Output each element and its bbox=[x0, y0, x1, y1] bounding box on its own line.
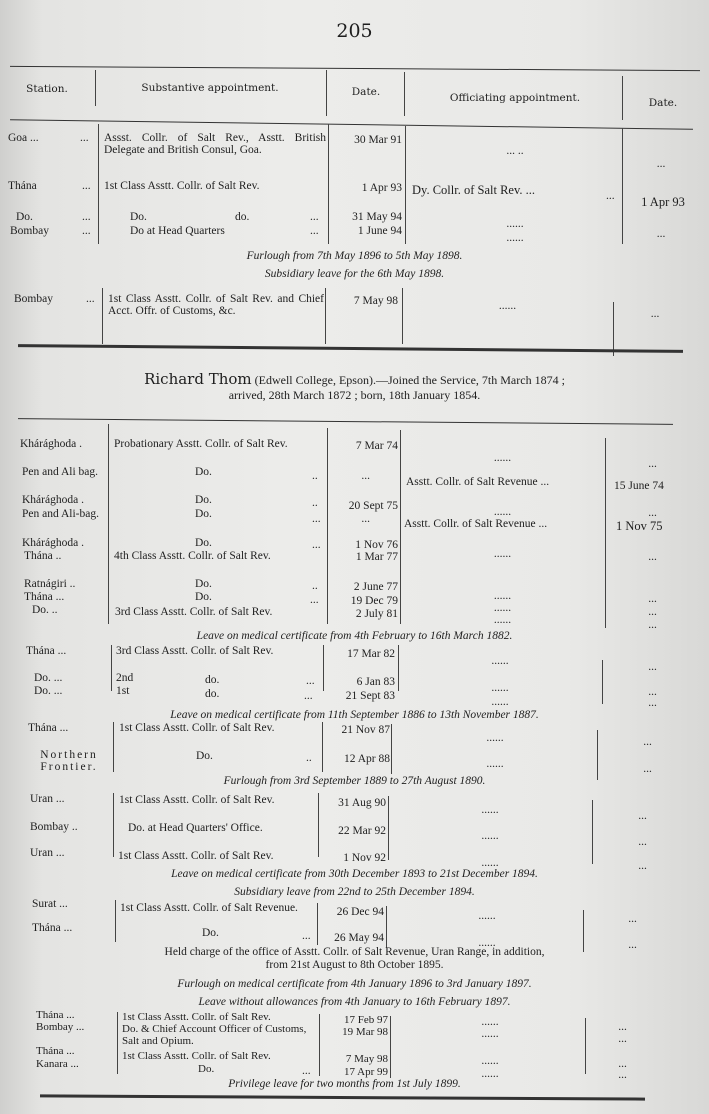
appointment-dots: .. bbox=[306, 752, 312, 764]
date-cell: 1 Apr 93 bbox=[330, 182, 402, 194]
date-cell: 26 Dec 94 bbox=[316, 906, 384, 918]
officiating-cell: ...... bbox=[405, 614, 600, 626]
date-cell: 2 June 77 bbox=[330, 581, 398, 593]
appointment-dots: ... bbox=[310, 594, 319, 606]
officiating-date-cell: ... bbox=[605, 763, 690, 775]
date-cell: 7 May 98 bbox=[328, 295, 398, 307]
officer-bio: Richard Thom (Edwell College, Epson).—Jo… bbox=[0, 372, 709, 403]
officiating-date-cell: ... bbox=[600, 810, 685, 822]
column-header-date-officiating: Date. bbox=[628, 97, 698, 109]
station-cell: Uran ... bbox=[30, 793, 65, 805]
column-divider bbox=[102, 288, 103, 344]
leave-note: Subsidiary leave from 22nd to 25th Decem… bbox=[0, 886, 709, 898]
date-cell: 7 Mar 74 bbox=[330, 440, 398, 452]
appointment-cell-ditto: do. bbox=[235, 211, 249, 223]
date-cell: ... bbox=[330, 513, 370, 525]
appointment-cell: 1st Class Asstt. Collr. of Salt Rev. and… bbox=[108, 293, 324, 317]
officiating-cell: ...... bbox=[400, 732, 590, 744]
station-dots: ... bbox=[82, 180, 91, 192]
officiating-cell: ...... bbox=[405, 655, 595, 667]
date-cell: 1 Mar 77 bbox=[330, 551, 398, 563]
officiating-date-cell: ... bbox=[580, 1033, 665, 1045]
column-divider bbox=[113, 722, 114, 772]
station-dots: ... bbox=[82, 211, 91, 223]
appointment-dots: ... bbox=[302, 930, 311, 942]
station-cell: Uran ... bbox=[30, 847, 65, 859]
station-dots: ... bbox=[86, 293, 95, 305]
date-cell: 20 Sept 75 bbox=[330, 500, 398, 512]
station-cell: Kanara ... bbox=[36, 1058, 79, 1070]
officiating-date-cell: ... bbox=[590, 913, 675, 925]
column-divider bbox=[613, 302, 614, 356]
officiating-date-cell: ... bbox=[610, 507, 695, 519]
station-cell: Khárághoda . bbox=[22, 537, 84, 549]
column-divider bbox=[113, 793, 114, 857]
column-divider bbox=[402, 288, 403, 344]
appointment-cell: 3rd Class Asstt. Collr. of Salt Rev. bbox=[116, 645, 322, 657]
officiating-cell: ...... bbox=[405, 696, 595, 708]
officiating-cell: ...... bbox=[395, 804, 585, 816]
section-rule bbox=[18, 418, 673, 425]
column-header-station: Station. bbox=[12, 83, 82, 95]
appointment-dots: .. bbox=[312, 497, 318, 509]
held-charge-note: Held charge of the office of Asstt. Coll… bbox=[0, 946, 709, 972]
appointment-cell: Do. bbox=[195, 508, 212, 520]
officiating-cell: ...... bbox=[410, 218, 620, 230]
date-cell: 12 Apr 88 bbox=[322, 753, 390, 765]
column-divider bbox=[592, 800, 593, 864]
leave-note: Subsidiary leave for the 6th May 1898. bbox=[0, 268, 709, 280]
officiating-cell: ...... bbox=[395, 1055, 585, 1067]
officiating-cell: ...... bbox=[405, 506, 600, 518]
officiating-cell: Asstt. Collr. of Salt Revenue ... bbox=[406, 476, 549, 488]
column-divider bbox=[327, 428, 328, 624]
header-divider bbox=[404, 72, 405, 116]
appointment-cell: 1st bbox=[116, 685, 129, 697]
date-cell: 2 July 81 bbox=[330, 608, 398, 620]
date-cell: 1 Nov 92 bbox=[318, 852, 386, 864]
appointment-cell: Do. bbox=[195, 578, 212, 590]
column-divider bbox=[391, 724, 392, 774]
date-cell: 17 Feb 97 bbox=[320, 1014, 388, 1026]
station-dots: ... bbox=[80, 132, 89, 144]
station-cell: Pen and Ali bag. bbox=[22, 466, 102, 478]
column-divider bbox=[405, 126, 406, 244]
column-header-date: Date. bbox=[330, 86, 402, 98]
officer-details-2: arrived, 28th March 1872 ; born, 18th Ja… bbox=[229, 388, 481, 402]
date-cell: 21 Sept 83 bbox=[325, 690, 395, 702]
column-divider bbox=[390, 1016, 391, 1078]
station-dots: ... bbox=[82, 225, 91, 237]
leave-note: Furlough on medical certificate from 4th… bbox=[0, 978, 709, 990]
date-cell: 1 June 94 bbox=[330, 225, 402, 237]
leave-note: Leave on medical certificate from 30th D… bbox=[0, 868, 709, 880]
officiating-date-cell: 1 Nov 75 bbox=[616, 520, 663, 532]
appointment-cell: 1st Class Asstt. Collr. of Salt Rev. bbox=[104, 180, 326, 192]
appointment-dots: ... bbox=[304, 690, 313, 702]
column-divider bbox=[108, 424, 109, 624]
officiating-cell: ...... bbox=[395, 830, 585, 842]
officiating-cell: ...... bbox=[405, 548, 600, 560]
column-divider bbox=[98, 124, 99, 244]
station-cell: Thána ... bbox=[28, 722, 68, 734]
officiating-date-cell: ... bbox=[628, 228, 694, 240]
leave-note: Leave on medical certificate from 4th Fe… bbox=[0, 630, 709, 642]
date-cell: 26 May 94 bbox=[316, 932, 384, 944]
station-cell: Bombay bbox=[14, 293, 53, 305]
column-divider bbox=[597, 730, 598, 780]
officiating-date-cell: 1 Apr 93 bbox=[628, 196, 698, 208]
held-charge-line-1: Held charge of the office of Asstt. Coll… bbox=[165, 946, 545, 958]
appointment-cell: 1st Class Asstt. Collr. of Salt Revenue. bbox=[120, 902, 316, 914]
appointment-cell: Do. at Head Quarters' Office. bbox=[128, 822, 318, 834]
appointment-cell: 4th Class Asstt. Collr. of Salt Rev. bbox=[114, 550, 326, 562]
station-cell: Thána ... bbox=[36, 1045, 74, 1057]
officiating-date-cell: ... bbox=[600, 836, 685, 848]
column-divider bbox=[323, 645, 324, 691]
appointment-cell: 1st Class Asstt. Collr. of Salt Rev. bbox=[122, 1011, 271, 1023]
station-cell: Khárághoda . bbox=[20, 438, 82, 450]
date-cell: 19 Dec 79 bbox=[330, 595, 398, 607]
appointment-cell: Do. bbox=[202, 927, 219, 939]
appointment-cell: Do. bbox=[195, 591, 212, 603]
appointment-dots: ... bbox=[310, 225, 319, 237]
date-cell: 19 Mar 98 bbox=[320, 1026, 388, 1038]
station-cell: Pen and Ali-bag. bbox=[22, 508, 104, 520]
officiating-date-cell: ... bbox=[610, 697, 695, 709]
column-divider bbox=[388, 796, 389, 860]
officiating-cell: ...... bbox=[405, 590, 600, 602]
appointment-dots: .. bbox=[312, 580, 318, 592]
station-cell: Thána ... bbox=[24, 591, 64, 603]
officiating-date-cell: ... bbox=[605, 736, 690, 748]
date-cell: 31 Aug 90 bbox=[318, 797, 386, 809]
appointment-cell: Assst. Collr. of Salt Rev., Asstt. Briti… bbox=[104, 132, 326, 156]
appointment-cell: Do. & Chief Account Officer of Customs, … bbox=[122, 1023, 318, 1047]
page-bottom-rule bbox=[40, 1094, 645, 1100]
station-cell: Thána .. bbox=[24, 550, 61, 562]
date-cell: 30 Mar 91 bbox=[330, 134, 402, 146]
officiating-date-cell: ... bbox=[580, 1021, 665, 1033]
officiating-cell: ...... bbox=[395, 1028, 585, 1040]
station-cell: Do. .. bbox=[32, 604, 58, 616]
officiating-cell: Asstt. Collr. of Salt Revenue ... bbox=[404, 518, 547, 530]
officiating-cell: ...... bbox=[405, 300, 610, 312]
station-cell: Thána bbox=[8, 180, 37, 192]
date-cell: ... bbox=[330, 470, 370, 482]
column-divider bbox=[622, 128, 623, 244]
date-cell: 17 Mar 82 bbox=[325, 648, 395, 660]
column-divider bbox=[115, 900, 116, 942]
appointment-cell: 3rd Class Asstt. Collr. of Salt Rev. bbox=[115, 606, 272, 618]
station-cell: Thána ... bbox=[36, 1009, 74, 1021]
date-cell: 6 Jan 83 bbox=[325, 676, 395, 688]
appointment-dots: .. bbox=[312, 470, 318, 482]
appointment-cell: 1st Class Asstt. Collr. of Salt Rev. bbox=[118, 850, 273, 862]
officiating-cell: ...... bbox=[395, 1016, 585, 1028]
column-divider bbox=[111, 645, 112, 691]
appointment-cell: Do. bbox=[195, 494, 212, 506]
appointment-cell-ditto: do. bbox=[205, 674, 219, 686]
column-divider bbox=[400, 430, 401, 624]
leave-note: Privilege leave for two months from 1st … bbox=[0, 1078, 699, 1090]
appointment-cell: Do. bbox=[198, 1063, 214, 1075]
appointment-cell: Do. bbox=[195, 537, 212, 549]
appointment-cell: Do. bbox=[130, 211, 147, 223]
date-cell: 31 May 94 bbox=[330, 211, 402, 223]
leave-note: Furlough from 3rd September 1889 to 27th… bbox=[0, 775, 709, 787]
officiating-cell: ...... bbox=[392, 910, 582, 922]
officiating-date-cell: ... bbox=[610, 661, 695, 673]
officiating-cell: ...... bbox=[410, 232, 620, 244]
column-divider bbox=[605, 438, 606, 628]
station-cell: Do. ... bbox=[34, 685, 62, 697]
appointment-cell-ditto: do. bbox=[205, 688, 219, 700]
station-cell: Thána ... bbox=[32, 922, 72, 934]
officiating-date-cell: ... bbox=[610, 593, 695, 605]
date-cell: 22 Mar 92 bbox=[318, 825, 386, 837]
station-cell: Bombay .. bbox=[30, 821, 78, 833]
station-cell: Do. ... bbox=[34, 672, 62, 684]
officiating-cell: Dy. Collr. of Salt Rev. ... bbox=[412, 184, 535, 196]
header-top-rule bbox=[10, 66, 700, 71]
appointment-cell: Do at Head Quarters bbox=[130, 225, 225, 237]
date-cell: 21 Nov 87 bbox=[322, 724, 390, 736]
officiating-dots: ... bbox=[606, 190, 615, 202]
appointment-dots: ... bbox=[306, 675, 315, 687]
date-cell: 17 Apr 99 bbox=[320, 1066, 388, 1078]
appointment-cell: 2nd bbox=[116, 672, 133, 684]
officer-name: Richard Thom bbox=[144, 370, 252, 388]
officiating-date-cell: ... bbox=[620, 308, 690, 320]
station-cell: Bombay ... bbox=[36, 1021, 84, 1033]
column-header-officiating: Officiating appointment. bbox=[410, 92, 620, 104]
officiating-date-cell: ... bbox=[628, 158, 694, 170]
leave-note: Leave without allowances from 4th Januar… bbox=[0, 996, 709, 1008]
header-divider bbox=[95, 70, 96, 106]
station-cell: Khárághoda . bbox=[22, 494, 84, 506]
officer-details: (Edwell College, Epson).—Joined the Serv… bbox=[255, 373, 565, 387]
column-divider bbox=[117, 1012, 118, 1074]
appointment-dots: ... bbox=[312, 513, 321, 525]
appointment-cell: Do. bbox=[196, 750, 213, 762]
leave-note: Leave on medical certificate from 11th S… bbox=[0, 709, 709, 721]
officiating-date-cell: ... bbox=[610, 551, 695, 563]
column-divider bbox=[328, 124, 329, 244]
column-divider bbox=[602, 660, 603, 704]
appointment-cell: 1st Class Asstt. Collr. of Salt Rev. bbox=[119, 794, 317, 806]
officiating-date-cell: ... bbox=[610, 458, 695, 470]
column-divider bbox=[325, 288, 326, 344]
officiating-cell: ...... bbox=[405, 602, 600, 614]
officiating-cell: ... .. bbox=[410, 145, 620, 157]
appointment-cell: 1st Class Asstt. Collr. of Salt Rev. bbox=[122, 1050, 271, 1062]
appointment-cell: 1st Class Asstt. Collr. of Salt Rev. bbox=[119, 722, 321, 734]
station-cell: Ratnágiri .. bbox=[24, 578, 75, 590]
station-cell: Northern Frontier. bbox=[26, 749, 112, 773]
station-cell: Surat ... bbox=[32, 898, 68, 910]
appointment-dots: ... bbox=[302, 1065, 311, 1077]
officiating-date-cell: 15 June 74 bbox=[614, 480, 664, 492]
column-divider bbox=[386, 906, 387, 948]
date-cell: 7 May 98 bbox=[320, 1053, 388, 1065]
officiating-date-cell: ... bbox=[610, 606, 695, 618]
appointment-dots: ... bbox=[310, 211, 319, 223]
section-divider-thick bbox=[18, 344, 683, 353]
appointment-cell: Do. bbox=[195, 466, 212, 478]
header-divider bbox=[622, 76, 623, 120]
page-number: 205 bbox=[0, 20, 709, 42]
held-charge-line-2: from 21st August to 8th October 1895. bbox=[266, 959, 444, 971]
appointment-cell: Probationary Asstt. Collr. of Salt Rev. bbox=[114, 438, 326, 450]
column-divider bbox=[398, 645, 399, 691]
officiating-cell: ...... bbox=[405, 682, 595, 694]
officiating-cell: ...... bbox=[405, 452, 600, 464]
leave-note: Furlough from 7th May 1896 to 5th May 18… bbox=[0, 250, 709, 262]
column-header-substantive: Substantive appointment. bbox=[100, 82, 320, 94]
header-bottom-rule bbox=[10, 119, 693, 130]
station-cell: Goa ... bbox=[8, 132, 39, 144]
station-cell: Do. bbox=[16, 211, 33, 223]
officiating-cell: ...... bbox=[400, 758, 590, 770]
station-cell: Thána ... bbox=[26, 645, 66, 657]
station-cell: Bombay bbox=[10, 225, 49, 237]
header-divider bbox=[326, 70, 327, 116]
date-cell: 1 Nov 76 bbox=[330, 539, 398, 551]
